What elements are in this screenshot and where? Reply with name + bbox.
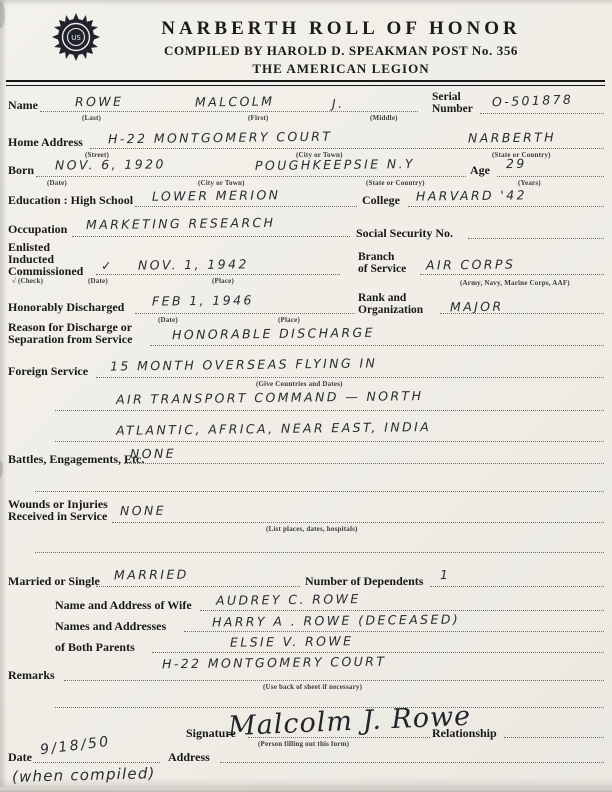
wife-value: AUDREY C. ROWE xyxy=(216,591,361,608)
wounds-label-2: Received in Service xyxy=(8,509,107,524)
college-value: HARVARD '42 xyxy=(416,187,527,203)
born-sub-city: (City or Town) xyxy=(198,179,245,187)
rank-label-2: Organization xyxy=(358,304,423,316)
born-label: Born xyxy=(8,163,34,178)
parents-value-2: ELSIE V. ROWE xyxy=(230,633,354,650)
scan-artifact xyxy=(0,460,3,478)
married-label: Married or Single xyxy=(8,574,100,589)
parents-value-3: H-22 MONTGOMERY COURT xyxy=(162,654,387,672)
date-note-value: (when compiled) xyxy=(12,764,156,786)
reason-line xyxy=(150,345,604,346)
enlist-sub-place: (Place) xyxy=(212,277,234,285)
signature-label: Signature xyxy=(186,726,236,741)
parents-label-1: Names and Addresses xyxy=(55,619,166,634)
married-line xyxy=(96,586,300,587)
rank-line xyxy=(440,313,604,314)
wife-label: Name and Address of Wife xyxy=(55,598,192,613)
education-label: Education : High School xyxy=(8,193,133,208)
relationship-line xyxy=(504,737,604,738)
enlist-sub-date: (Date) xyxy=(88,277,108,285)
foreign-line1 xyxy=(96,377,604,378)
high-school-value: LOWER MERION xyxy=(152,187,281,204)
date-label: Date xyxy=(8,750,32,765)
college-label: College xyxy=(362,193,400,208)
scan-bottom-edge xyxy=(0,785,612,792)
enlist-date-value: NOV. 1, 1942 xyxy=(138,256,249,272)
svg-text:US: US xyxy=(71,34,81,42)
date-value: 9/18/50 xyxy=(39,734,111,759)
discharge-sub-place: (Place) xyxy=(278,316,300,324)
remarks-line xyxy=(64,680,604,681)
age-value: 29 xyxy=(506,156,527,171)
name-first-value: MALCOLM xyxy=(195,94,275,110)
foreign-sub: (Give Countries and Dates) xyxy=(256,380,343,388)
high-school-line xyxy=(135,206,357,207)
home-address-line xyxy=(90,148,604,149)
battles-label: Battles, Engagements, Etc. xyxy=(8,452,144,467)
foreign-line1-value: 15 MONTH OVERSEAS FLYING IN xyxy=(110,355,377,373)
name-sub-first: (First) xyxy=(248,114,268,122)
name-sub-last: (Last) xyxy=(82,114,101,122)
age-line xyxy=(497,176,604,177)
born-date-value: NOV. 6, 1920 xyxy=(55,156,166,172)
serial-label-2: Number xyxy=(432,103,473,115)
commissioned-checkmark: ✓ xyxy=(101,258,114,273)
rank-value: MAJOR xyxy=(450,299,504,315)
branch-value: AIR CORPS xyxy=(426,256,515,272)
signature-line xyxy=(248,737,430,738)
form-title: NARBERTH ROLL OF HONOR xyxy=(95,18,587,40)
born-sub-years: (Years) xyxy=(518,179,541,187)
home-street-city-value: H-22 MONTGOMERY COURT xyxy=(108,129,333,147)
branch-sub: (Army, Navy, Marine Corps, AAF) xyxy=(460,279,570,287)
scan-artifact xyxy=(0,2,5,28)
form-subtitle: COMPILED BY HAROLD D. SPEAKMAN POST No. … xyxy=(95,43,587,59)
signature-sub: (Person filling out this form) xyxy=(258,740,349,748)
form-org-line: THE AMERICAN LEGION xyxy=(95,61,587,77)
name-sub-middle: (Middle) xyxy=(370,114,398,122)
wife-line xyxy=(200,610,604,611)
wounds-extra-line xyxy=(35,552,604,553)
branch-line xyxy=(420,274,604,275)
discharge-line xyxy=(135,313,355,314)
home-address-label: Home Address xyxy=(8,135,83,150)
branch-label-2: of Service xyxy=(358,263,406,275)
reason-label-2: Separation from Service xyxy=(8,332,132,347)
born-sub-date: (Date) xyxy=(47,179,67,187)
battles-line xyxy=(124,463,604,464)
discharge-date-value: FEB 1, 1946 xyxy=(152,292,254,308)
born-place-value: POUGHKEEPSIE N.Y xyxy=(255,156,415,173)
wounds-line xyxy=(112,522,604,523)
enlist-sub-check: √ (Check) xyxy=(12,277,43,285)
serial-label-1: Serial xyxy=(432,91,461,103)
wounds-value: NONE xyxy=(120,503,166,519)
name-line xyxy=(40,111,418,112)
rank-label-1: Rank and xyxy=(358,292,406,304)
born-sub-state: (State or Country) xyxy=(366,179,425,187)
dependents-label: Number of Dependents xyxy=(305,574,423,589)
parents-label-2: of Both Parents xyxy=(55,640,135,655)
name-middle-value: J. xyxy=(332,96,345,111)
address-line xyxy=(220,762,604,763)
home-state-value: NARBERTH xyxy=(468,129,556,145)
foreign-line2-value: AIR TRANSPORT COMMAND — NORTH xyxy=(116,388,424,407)
occupation-value: MARKETING RESEARCH xyxy=(86,215,276,232)
address-label: Address xyxy=(168,750,210,765)
remarks-sub: (Use back of sheet if necessary) xyxy=(263,683,362,691)
dependents-line xyxy=(430,586,604,587)
foreign-line2 xyxy=(55,410,604,411)
college-line xyxy=(408,206,604,207)
age-label: Age xyxy=(470,163,490,178)
born-line xyxy=(36,176,466,177)
header-divider xyxy=(6,80,605,86)
wounds-sub: (List places, dates, hospitals) xyxy=(266,525,358,533)
dependents-value: 1 xyxy=(440,567,451,582)
serial-line xyxy=(480,113,604,114)
parents-line-1 xyxy=(184,631,604,632)
scanned-form-page: US NARBERTH ROLL OF HONOR COMPILED BY HA… xyxy=(0,0,612,792)
parents-value-1: HARRY A . ROWE (DECEASED) xyxy=(212,611,460,629)
enlist-line xyxy=(96,274,340,275)
married-value: MARRIED xyxy=(114,567,189,583)
discharge-sub-date: (Date) xyxy=(158,316,178,324)
remarks-label: Remarks xyxy=(8,668,55,683)
name-last-value: ROWE xyxy=(75,94,124,110)
foreign-line3 xyxy=(55,441,604,442)
foreign-service-label: Foreign Service xyxy=(8,364,88,379)
branch-label-1: Branch xyxy=(358,251,394,263)
name-label: Name xyxy=(8,98,38,113)
discharged-label: Honorably Discharged xyxy=(8,300,124,315)
foreign-line3-value: ATLANTIC, AFRICA, NEAR EAST, INDIA xyxy=(116,419,431,438)
ssn-line xyxy=(468,238,604,239)
reason-value: HONORABLE DISCHARGE xyxy=(172,325,375,342)
american-legion-emblem-icon: US xyxy=(52,13,100,61)
relationship-label: Relationship xyxy=(432,726,497,741)
occupation-label: Occupation xyxy=(8,222,67,237)
battles-extra-line xyxy=(35,491,604,492)
serial-value: O-501878 xyxy=(492,92,574,110)
ssn-label: Social Security No. xyxy=(356,226,453,241)
occupation-line xyxy=(72,236,350,237)
date-line xyxy=(33,762,160,763)
battles-value: NONE xyxy=(130,446,176,462)
